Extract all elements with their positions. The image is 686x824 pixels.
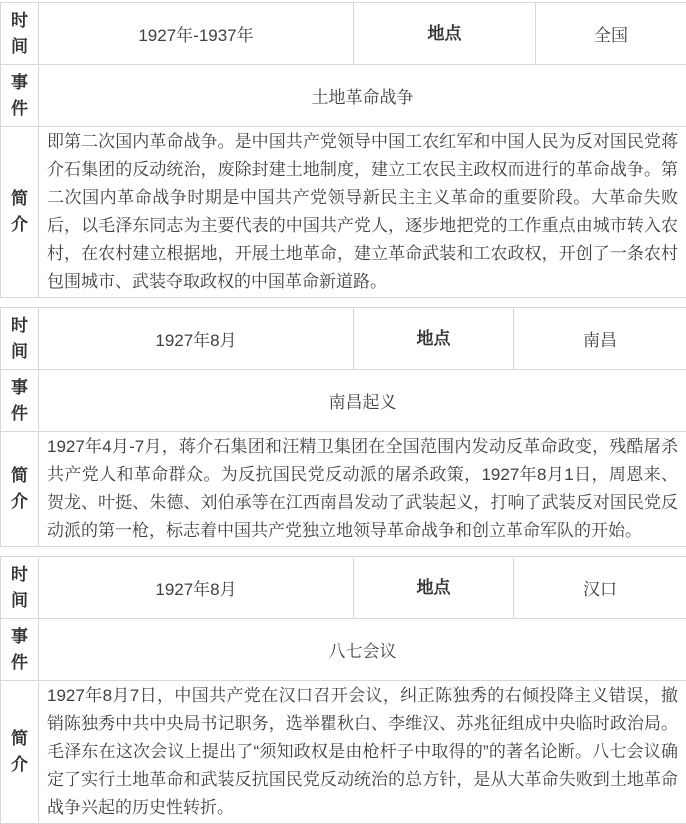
event-table-august-seventh-meeting: 时间 1927年8月 地点 汉口 事件 八七会议 简介 1927年8月7日，中国… — [0, 556, 686, 824]
event-name: 八七会议 — [39, 619, 686, 681]
event-table-land-revolution: 时间 1927年-1937年 地点 全国 事件 土地革命战争 简介 即第二次国内… — [0, 2, 686, 298]
intro-label: 简介 — [1, 127, 39, 298]
event-row: 事件 八七会议 — [1, 619, 686, 681]
time-label: 时间 — [1, 557, 39, 619]
event-label: 事件 — [1, 619, 39, 681]
event-label: 事件 — [1, 65, 39, 127]
event-label: 事件 — [1, 370, 39, 432]
time-location-row: 时间 1927年8月 地点 南昌 — [1, 308, 686, 370]
time-location-row: 时间 1927年8月 地点 汉口 — [1, 557, 686, 619]
event-row: 事件 土地革命战争 — [1, 65, 686, 127]
intro-row: 简介 1927年8月7日，中国共产党在汉口召开会议，纠正陈独秀的右倾投降主义错误… — [1, 681, 686, 824]
events-page: 时间 1927年-1937年 地点 全国 事件 土地革命战争 简介 即第二次国内… — [0, 0, 686, 824]
intro-label: 简介 — [1, 681, 39, 824]
time-value: 1927年8月 — [39, 308, 354, 370]
location-label: 地点 — [354, 557, 514, 619]
location-value: 全国 — [536, 3, 686, 65]
event-name: 南昌起义 — [39, 370, 686, 432]
intro-row: 简介 即第二次国内革命战争。是中国共产党领导中国工农红军和中国人民为反对国民党蒋… — [1, 127, 686, 298]
time-label: 时间 — [1, 308, 39, 370]
location-value: 南昌 — [514, 308, 686, 370]
intro-text: 1927年4月-7月，蒋介石集团和汪精卫集团在全国范围内发动反革命政变，残酷屠杀… — [39, 432, 686, 547]
time-location-row: 时间 1927年-1937年 地点 全国 — [1, 3, 686, 65]
intro-text: 即第二次国内革命战争。是中国共产党领导中国工农红军和中国人民为反对国民党蒋介石集… — [39, 127, 686, 298]
time-label: 时间 — [1, 3, 39, 65]
time-value: 1927年-1937年 — [39, 3, 354, 65]
location-label: 地点 — [354, 3, 536, 65]
intro-row: 简介 1927年4月-7月，蒋介石集团和汪精卫集团在全国范围内发动反革命政变，残… — [1, 432, 686, 547]
event-row: 事件 南昌起义 — [1, 370, 686, 432]
intro-text: 1927年8月7日，中国共产党在汉口召开会议，纠正陈独秀的右倾投降主义错误，撤销… — [39, 681, 686, 824]
event-name: 土地革命战争 — [39, 65, 686, 127]
intro-label: 简介 — [1, 432, 39, 547]
location-label: 地点 — [354, 308, 514, 370]
location-value: 汉口 — [514, 557, 686, 619]
event-table-nanchang-uprising: 时间 1927年8月 地点 南昌 事件 南昌起义 简介 1927年4月-7月，蒋… — [0, 307, 686, 547]
time-value: 1927年8月 — [39, 557, 354, 619]
